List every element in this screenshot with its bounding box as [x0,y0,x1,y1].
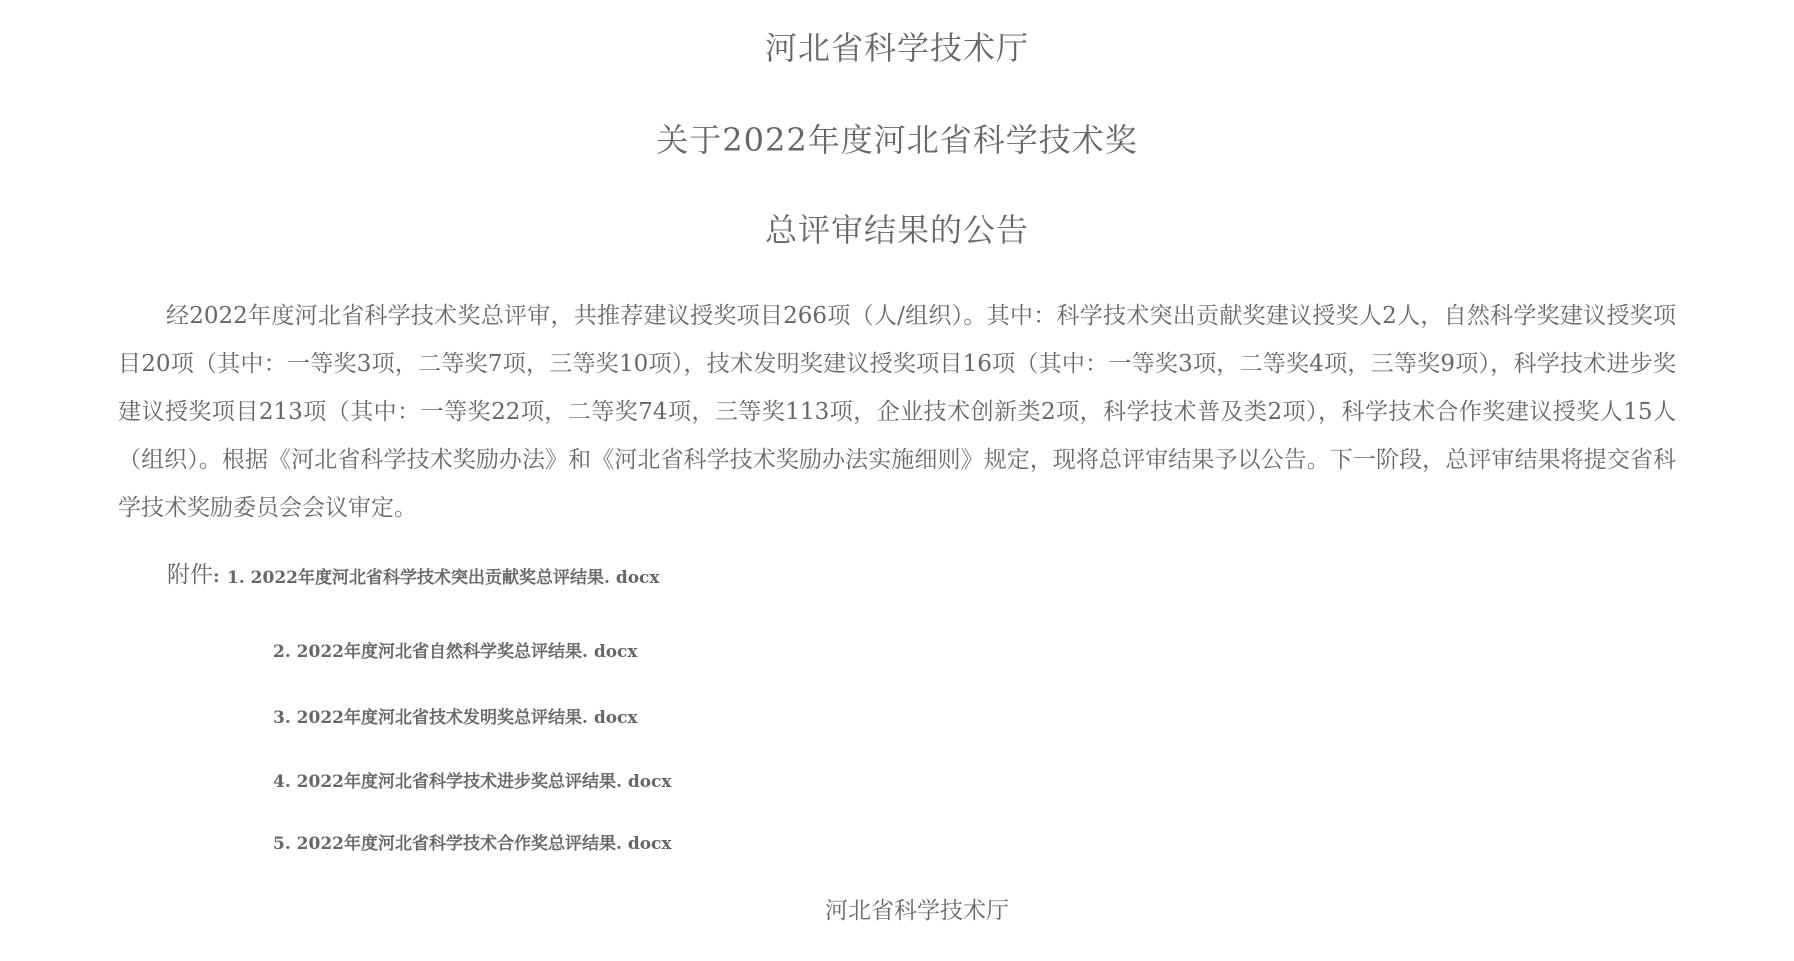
attachment-link-scientific-progress[interactable]: 4. 2022年度河北省科学技术进步奖总评结果. docx [273,770,672,794]
attachments-colon: : [213,566,220,587]
announcement-title-line-2: 总评审结果的公告 [0,210,1794,250]
announcement-title-line-1: 关于2022年度河北省科学技术奖 [0,120,1794,160]
attachments-label-text: 附件 [167,562,213,588]
announcement-body-paragraph: 经2022年度河北省科学技术奖总评审，共推荐建议授奖项目266项（人/组织）。其… [118,292,1676,532]
attachment-link-technological-invention[interactable]: 3. 2022年度河北省技术发明奖总评结果. docx [273,706,638,730]
attachment-link-natural-science[interactable]: 2. 2022年度河北省自然科学奖总评结果. docx [273,640,638,664]
footer-signature: 河北省科学技术厅 [825,896,1009,926]
issuer-heading: 河北省科学技术厅 [0,28,1794,68]
attachment-link-outstanding-contribution[interactable]: 1. 2022年度河北省科学技术突出贡献奖总评结果. docx [227,566,660,590]
attachments-label: 附件: [167,560,220,592]
attachment-link-scientific-cooperation[interactable]: 5. 2022年度河北省科学技术合作奖总评结果. docx [273,832,672,856]
